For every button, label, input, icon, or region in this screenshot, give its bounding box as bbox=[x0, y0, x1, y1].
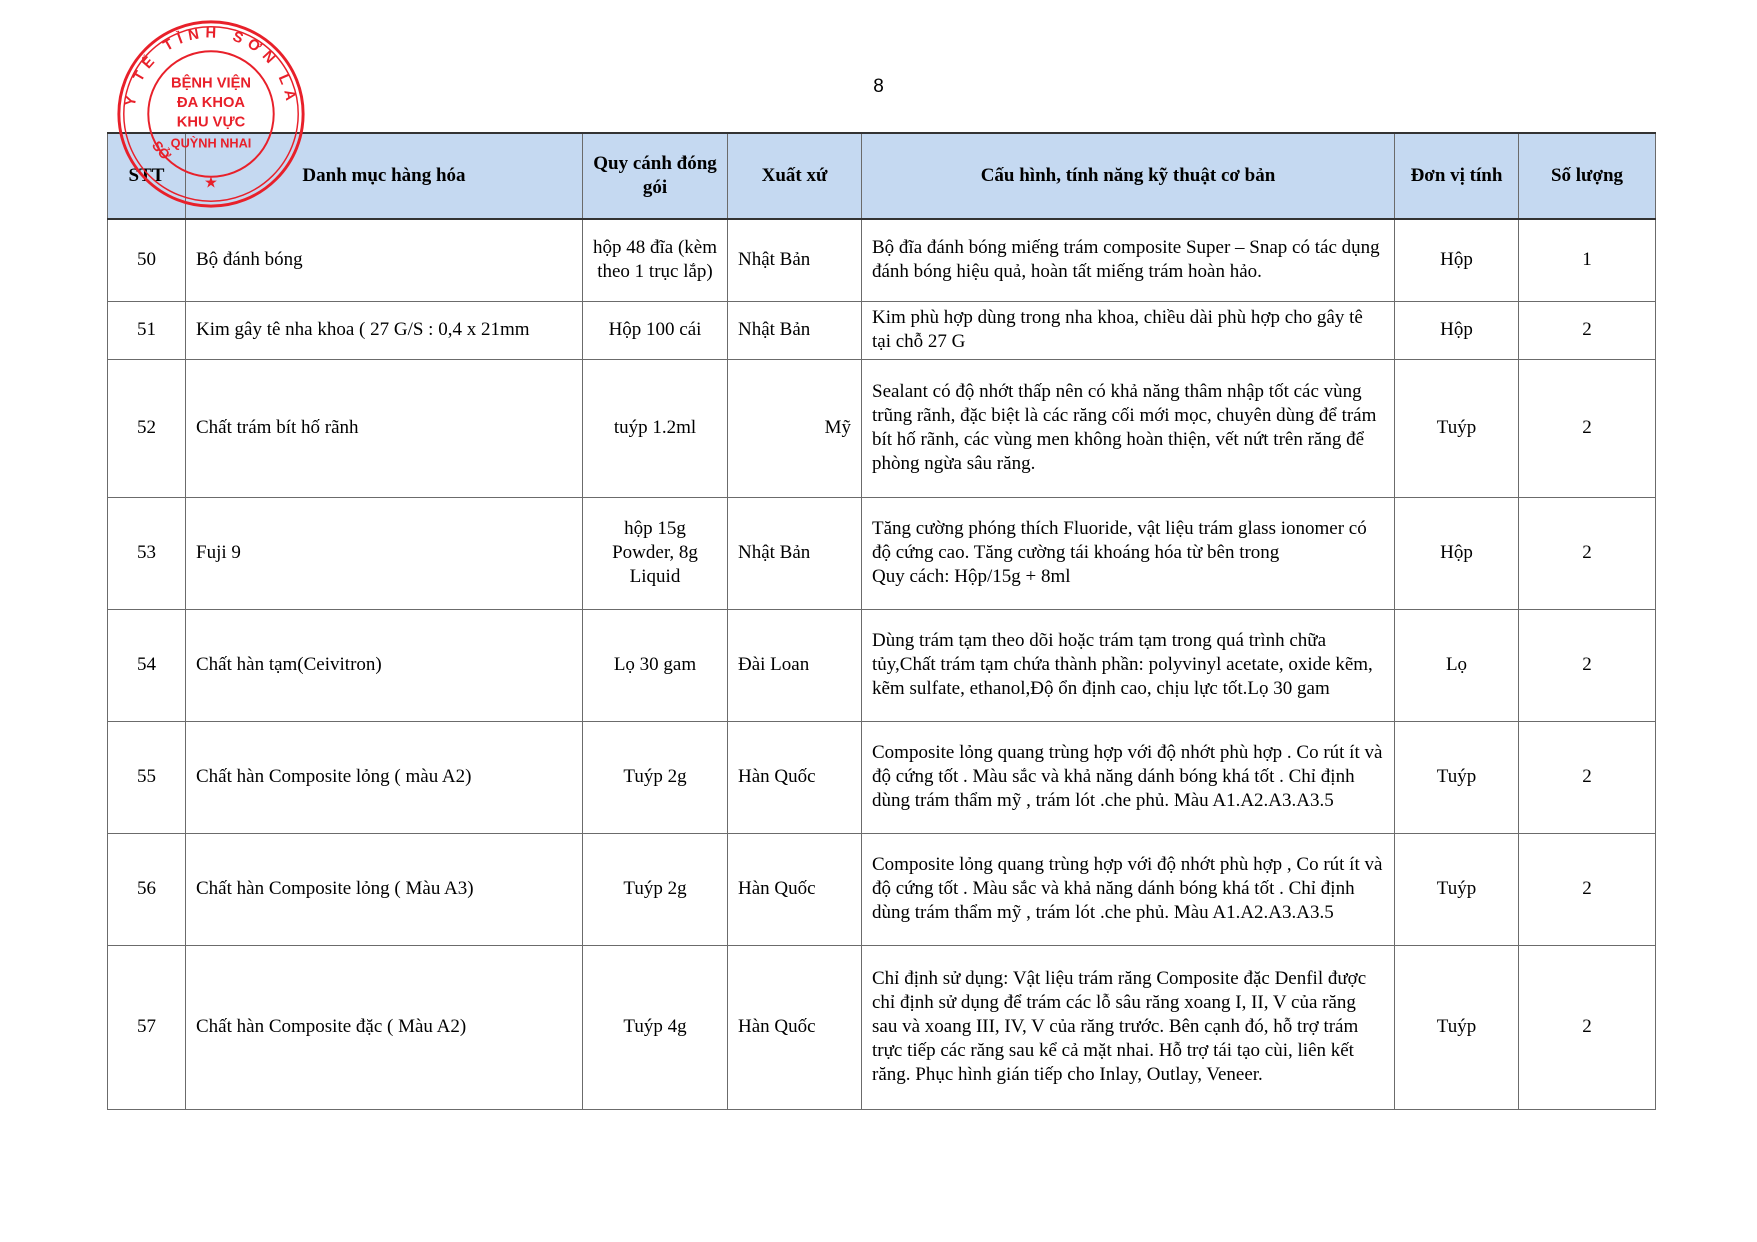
row-spec: Composite lỏng quang trùng hợp với độ nh… bbox=[862, 833, 1395, 945]
header-quantity: Số lượng bbox=[1519, 133, 1656, 219]
row-stt: 50 bbox=[108, 219, 186, 301]
row-packing: Tuýp 2g bbox=[583, 833, 728, 945]
row-unit: Lọ bbox=[1395, 609, 1519, 721]
row-unit: Hộp bbox=[1395, 219, 1519, 301]
goods-table: STT Danh mục hàng hóa Quy cánh đóng gói … bbox=[107, 132, 1656, 1110]
header-spec: Cấu hình, tính năng kỹ thuật cơ bản bbox=[862, 133, 1395, 219]
table-row: 50Bộ đánh bónghộp 48 đĩa (kèm theo 1 trụ… bbox=[108, 219, 1656, 301]
header-unit: Đơn vị tính bbox=[1395, 133, 1519, 219]
row-quantity: 2 bbox=[1519, 359, 1656, 497]
row-stt: 55 bbox=[108, 721, 186, 833]
row-unit: Tuýp bbox=[1395, 833, 1519, 945]
row-stt: 53 bbox=[108, 497, 186, 609]
row-stt: 54 bbox=[108, 609, 186, 721]
row-goods-name: Chất hàn Composite lỏng ( Màu A3) bbox=[186, 833, 583, 945]
stamp-line-3: KHU VỰC bbox=[177, 115, 246, 131]
row-unit: Hộp bbox=[1395, 497, 1519, 609]
row-quantity: 2 bbox=[1519, 945, 1656, 1109]
row-packing: Lọ 30 gam bbox=[583, 609, 728, 721]
row-origin: Nhật Bản bbox=[728, 301, 862, 359]
row-quantity: 2 bbox=[1519, 609, 1656, 721]
table-row: 53Fuji 9hộp 15g Powder, 8g LiquidNhật Bả… bbox=[108, 497, 1656, 609]
row-quantity: 2 bbox=[1519, 833, 1656, 945]
row-spec: Dùng trám tạm theo dõi hoặc trám tạm tro… bbox=[862, 609, 1395, 721]
table-row: 52Chất trám bít hố rãnhtuýp 1.2mlMỹSeala… bbox=[108, 359, 1656, 497]
row-unit: Tuýp bbox=[1395, 359, 1519, 497]
row-unit: Hộp bbox=[1395, 301, 1519, 359]
row-origin: Mỹ bbox=[728, 359, 862, 497]
row-goods-name: Chất trám bít hố rãnh bbox=[186, 359, 583, 497]
row-origin: Nhật Bản bbox=[728, 219, 862, 301]
row-packing: Hộp 100 cái bbox=[583, 301, 728, 359]
row-quantity: 2 bbox=[1519, 721, 1656, 833]
row-origin: Đài Loan bbox=[728, 609, 862, 721]
row-goods-name: Chất hàn tạm(Ceivitron) bbox=[186, 609, 583, 721]
row-quantity: 2 bbox=[1519, 497, 1656, 609]
row-spec: Composite lỏng quang trùng hợp với độ nh… bbox=[862, 721, 1395, 833]
row-goods-name: Chất hàn Composite đặc ( Màu A2) bbox=[186, 945, 583, 1109]
table-row: 55Chất hàn Composite lỏng ( màu A2)Tuýp … bbox=[108, 721, 1656, 833]
row-stt: 56 bbox=[108, 833, 186, 945]
row-spec: Chỉ định sử dụng: Vật liệu trám răng Com… bbox=[862, 945, 1395, 1109]
row-packing: hộp 15g Powder, 8g Liquid bbox=[583, 497, 728, 609]
row-quantity: 2 bbox=[1519, 301, 1656, 359]
row-packing: hộp 48 đĩa (kèm theo 1 trục lắp) bbox=[583, 219, 728, 301]
header-packing: Quy cánh đóng gói bbox=[583, 133, 728, 219]
table-row: 57Chất hàn Composite đặc ( Màu A2)Tuýp 4… bbox=[108, 945, 1656, 1109]
page-number: 8 bbox=[0, 76, 1757, 98]
row-spec: Kim phù hợp dùng trong nha khoa, chiều d… bbox=[862, 301, 1395, 359]
table-row: 56Chất hàn Composite lỏng ( Màu A3)Tuýp … bbox=[108, 833, 1656, 945]
header-origin: Xuất xứ bbox=[728, 133, 862, 219]
row-packing: tuýp 1.2ml bbox=[583, 359, 728, 497]
row-packing: Tuýp 2g bbox=[583, 721, 728, 833]
header-stt: STT bbox=[108, 133, 186, 219]
table-row: 51Kim gây tê nha khoa ( 27 G/S : 0,4 x 2… bbox=[108, 301, 1656, 359]
row-stt: 52 bbox=[108, 359, 186, 497]
table-row: 54Chất hàn tạm(Ceivitron)Lọ 30 gamĐài Lo… bbox=[108, 609, 1656, 721]
row-goods-name: Kim gây tê nha khoa ( 27 G/S : 0,4 x 21m… bbox=[186, 301, 583, 359]
row-origin: Nhật Bản bbox=[728, 497, 862, 609]
row-packing: Tuýp 4g bbox=[583, 945, 728, 1109]
table-header-row: STT Danh mục hàng hóa Quy cánh đóng gói … bbox=[108, 133, 1656, 219]
header-goods-name: Danh mục hàng hóa bbox=[186, 133, 583, 219]
row-goods-name: Fuji 9 bbox=[186, 497, 583, 609]
row-spec: Sealant có độ nhớt thấp nên có khả năng … bbox=[862, 359, 1395, 497]
row-unit: Tuýp bbox=[1395, 945, 1519, 1109]
row-spec: Bộ đĩa đánh bóng miếng trám composite Su… bbox=[862, 219, 1395, 301]
row-goods-name: Bộ đánh bóng bbox=[186, 219, 583, 301]
row-stt: 57 bbox=[108, 945, 186, 1109]
row-quantity: 1 bbox=[1519, 219, 1656, 301]
row-spec: Tăng cường phóng thích Fluoride, vật liệ… bbox=[862, 497, 1395, 609]
row-origin: Hàn Quốc bbox=[728, 945, 862, 1109]
row-origin: Hàn Quốc bbox=[728, 721, 862, 833]
row-unit: Tuýp bbox=[1395, 721, 1519, 833]
row-goods-name: Chất hàn Composite lỏng ( màu A2) bbox=[186, 721, 583, 833]
row-origin: Hàn Quốc bbox=[728, 833, 862, 945]
row-stt: 51 bbox=[108, 301, 186, 359]
